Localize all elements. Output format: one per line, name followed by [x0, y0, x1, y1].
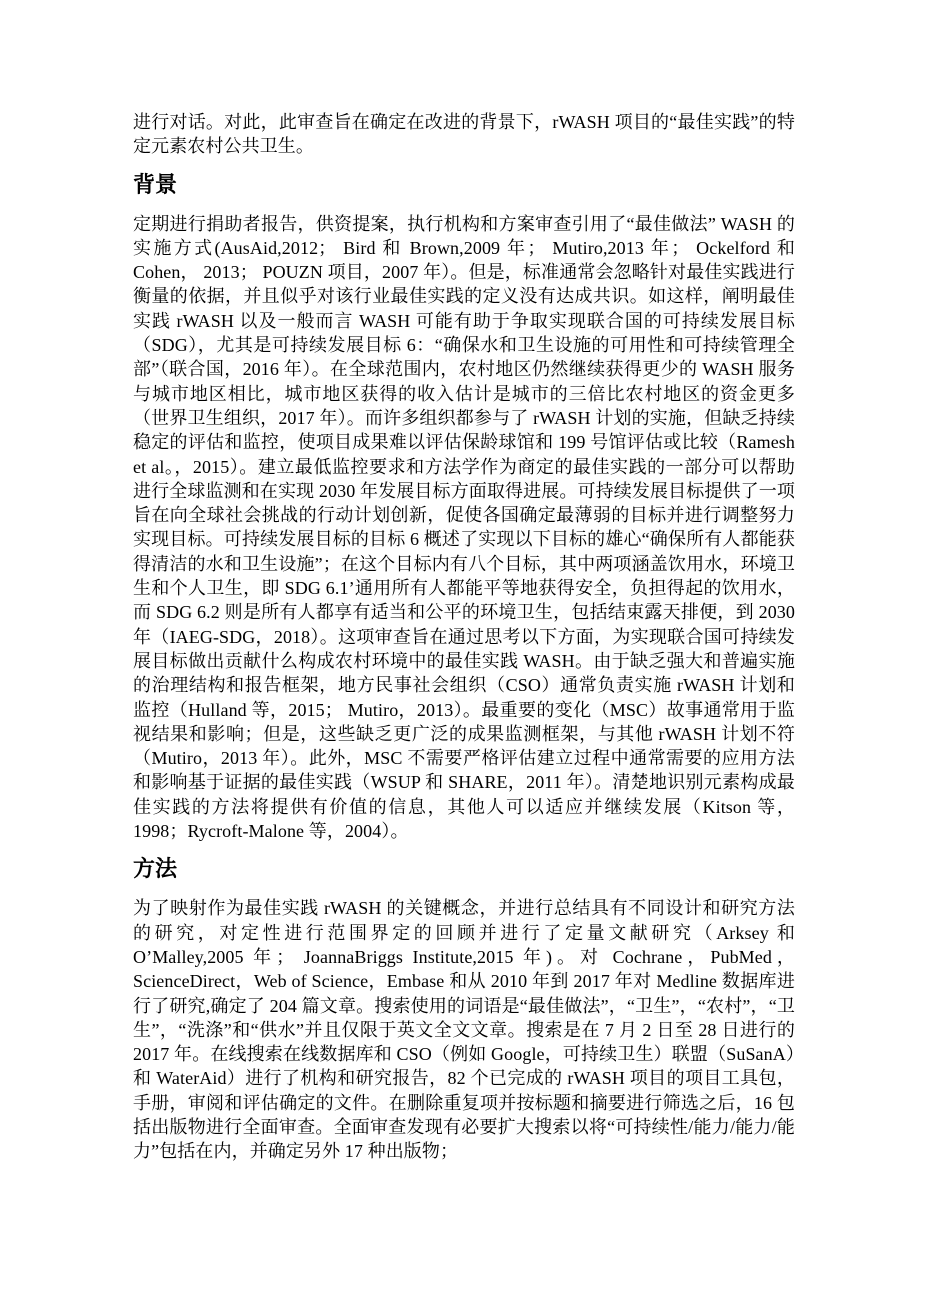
section-heading-background: 背景	[133, 172, 795, 198]
section-heading-methods: 方法	[133, 856, 795, 882]
document-page: 进行对话。对此，此审查旨在确定在改进的背景下，rWASH 项目的“最佳实践”的特…	[0, 0, 926, 1309]
methods-paragraph: 为了映射作为最佳实践 rWASH 的关键概念，并进行总结具有不同设计和研究方法的…	[133, 896, 795, 1163]
intro-paragraph: 进行对话。对此，此审查旨在确定在改进的背景下，rWASH 项目的“最佳实践”的特…	[133, 110, 795, 159]
background-paragraph: 定期进行捐助者报告，供资提案，执行机构和方案审查引用了“最佳做法” WASH 的…	[133, 212, 795, 844]
